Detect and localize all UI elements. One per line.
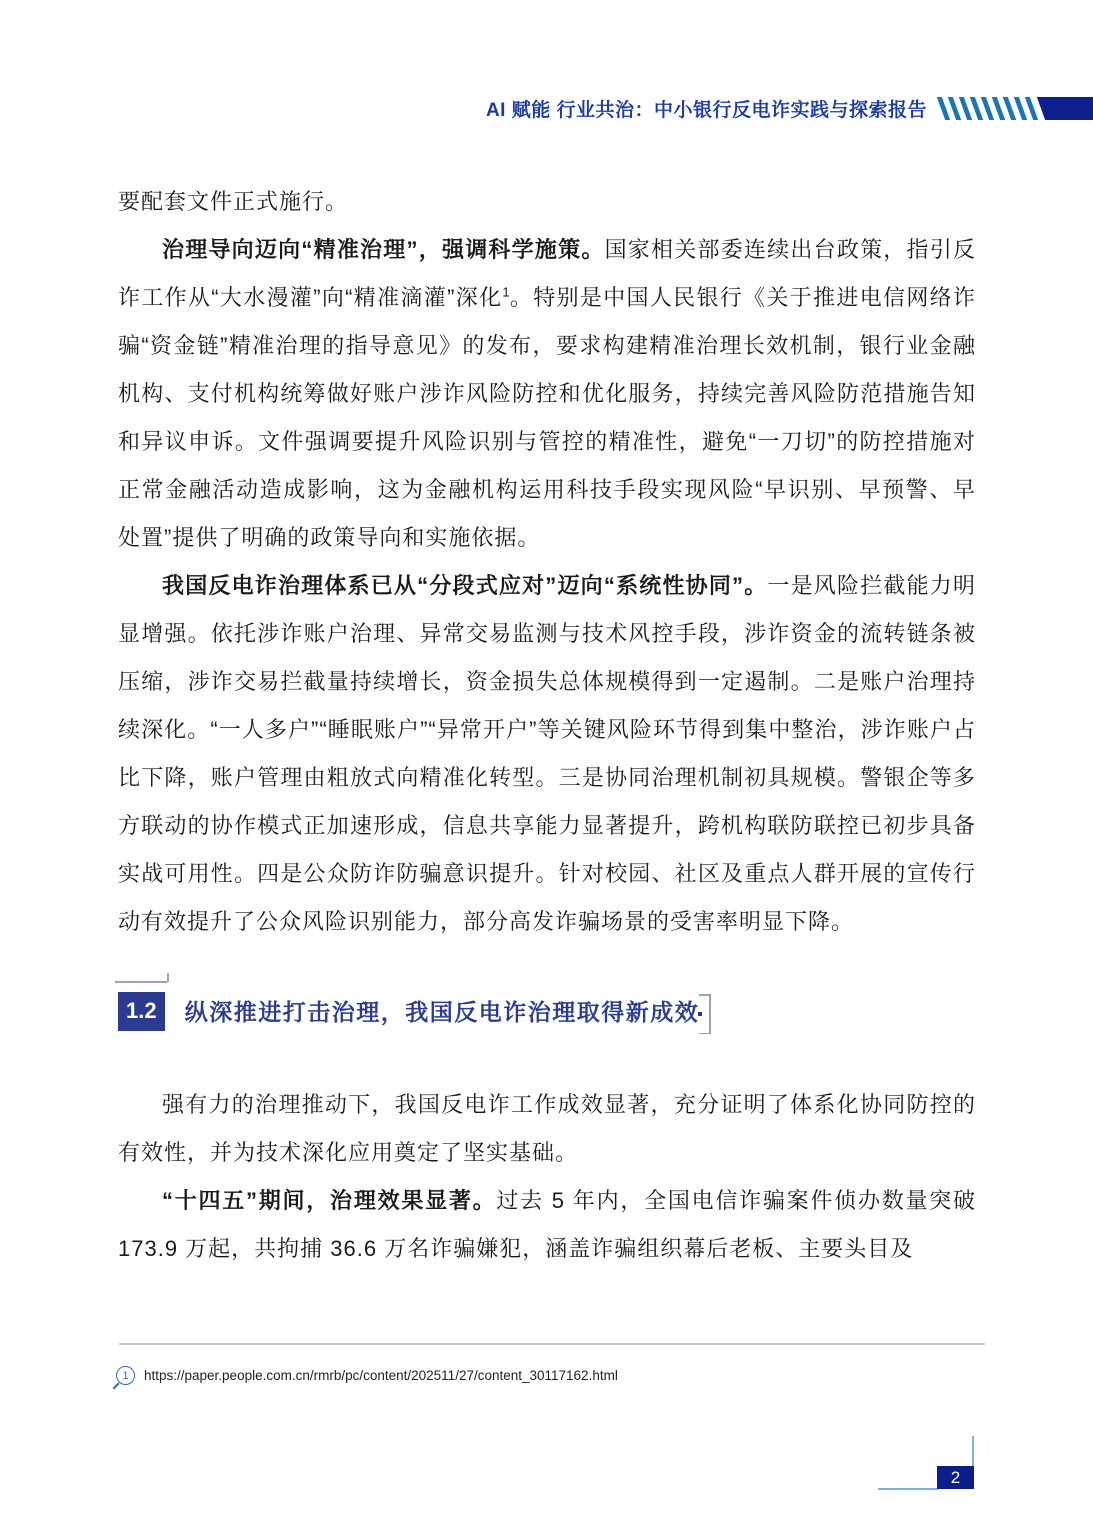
paragraph: 治理导向迈向“精准治理”，强调科学施策。国家相关部委连续出台政策，指引反诈工作从… [118,226,976,562]
paragraph-lead-bold: 治理导向迈向“精准治理”，强调科学施策。 [162,237,605,262]
heading-bracket-decoration [699,1033,710,1035]
heading-corner-decoration [167,973,169,982]
footnote-icon-tail [113,1383,120,1390]
footnote-number-icon: 1 [116,1366,135,1385]
document-page: AI 赋能 行业共治：中小银行反电诈实践与探索报告 要配套文件正式施行。 治理导… [0,0,1093,1536]
heading-bracket-decoration [699,994,710,996]
paragraph: “十四五”期间，治理效果显著。过去 5 年内，全国电信诈骗案件侦办数量突破 17… [118,1177,976,1273]
heading-corner-decoration [115,981,167,983]
page-number-vertical-line [972,1436,974,1467]
paragraph-continuation: 要配套文件正式施行。 [118,178,976,226]
page-number-horizontal-line [878,1488,938,1490]
decorative-dot [698,1012,702,1016]
stripe-icon [1025,97,1038,120]
header-title: AI 赋能 行业共治：中小银行反电诈实践与探索报告 [486,95,927,122]
header-stripes-decoration [941,97,1034,120]
footnote-number: 1 [122,1370,128,1382]
page-number-badge: 2 [937,1466,974,1489]
paragraph-lead-bold: “十四五”期间，治理效果显著。 [162,1188,496,1213]
paragraph: 我国反电诈治理体系已从“分段式应对”迈向“系统性协同”。一是风险拦截能力明显增强… [118,562,976,946]
footnote-url: https://paper.people.com.cn/rmrb/pc/cont… [144,1368,618,1383]
paragraph-text: 要配套文件正式施行。 [118,189,348,214]
footnote-reference-superscript: 1 [502,285,509,300]
page-number: 2 [951,1468,960,1488]
paragraph-text: 。特别是中国人民银行《关于推进电信网络诈骗“资金链”精准治理的指导意见》的发布，… [118,285,976,550]
paragraph-text: 强有力的治理推动下，我国反电诈工作成效显著，充分证明了体系化协同防控的有效性，并… [118,1092,976,1165]
header-corner-block [1037,97,1093,120]
section-heading: 1.2 纵深推进打击治理，我国反电诈治理取得新成效 [118,992,976,1031]
document-body: 要配套文件正式施行。 治理导向迈向“精准治理”，强调科学施策。国家相关部委连续出… [118,178,976,1273]
footnote: 1 https://paper.people.com.cn/rmrb/pc/co… [116,1366,618,1385]
section-title: 纵深推进打击治理，我国反电诈治理取得新成效 [185,999,700,1025]
page-header: AI 赋能 行业共治：中小银行反电诈实践与探索报告 [0,94,1093,122]
heading-bracket-decoration [709,994,711,1034]
footnote-divider [119,1343,985,1345]
section-number-badge: 1.2 [118,992,165,1031]
paragraph: 强有力的治理推动下，我国反电诈工作成效显著，充分证明了体系化协同防控的有效性，并… [118,1081,976,1177]
paragraph-lead-bold: 我国反电诈治理体系已从“分段式应对”迈向“系统性协同”。 [162,573,767,598]
paragraph-text: 一是风险拦截能力明显增强。依托涉诈账户治理、异常交易监测与技术风控手段，涉诈资金… [118,573,976,934]
